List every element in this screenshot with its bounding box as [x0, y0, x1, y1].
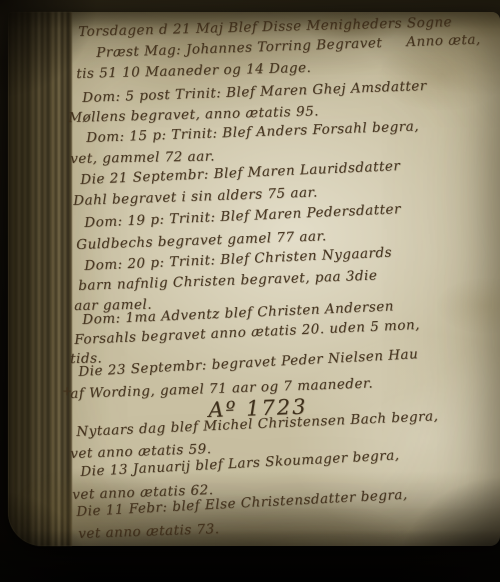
- margin-cross-mark: +: [62, 384, 73, 398]
- manuscript-photo: Torsdagen d 21 Maj Blef Disse Menigheder…: [0, 0, 500, 582]
- manuscript-line: tis 51 10 Maaneder og 14 Dage.: [76, 60, 312, 82]
- manuscript-line: vet, gammel 72 aar.: [70, 148, 215, 167]
- manuscript-text-layer: Torsdagen d 21 Maj Blef Disse Menigheder…: [0, 0, 500, 582]
- manuscript-line: vet anno ætatis 73.: [78, 521, 220, 542]
- manuscript-line: Dahl begravet i sin alders 75 aar.: [73, 184, 318, 209]
- manuscript-line: Dom: 5 post Trinit: Blef Maren Ghej Amsd…: [82, 78, 427, 106]
